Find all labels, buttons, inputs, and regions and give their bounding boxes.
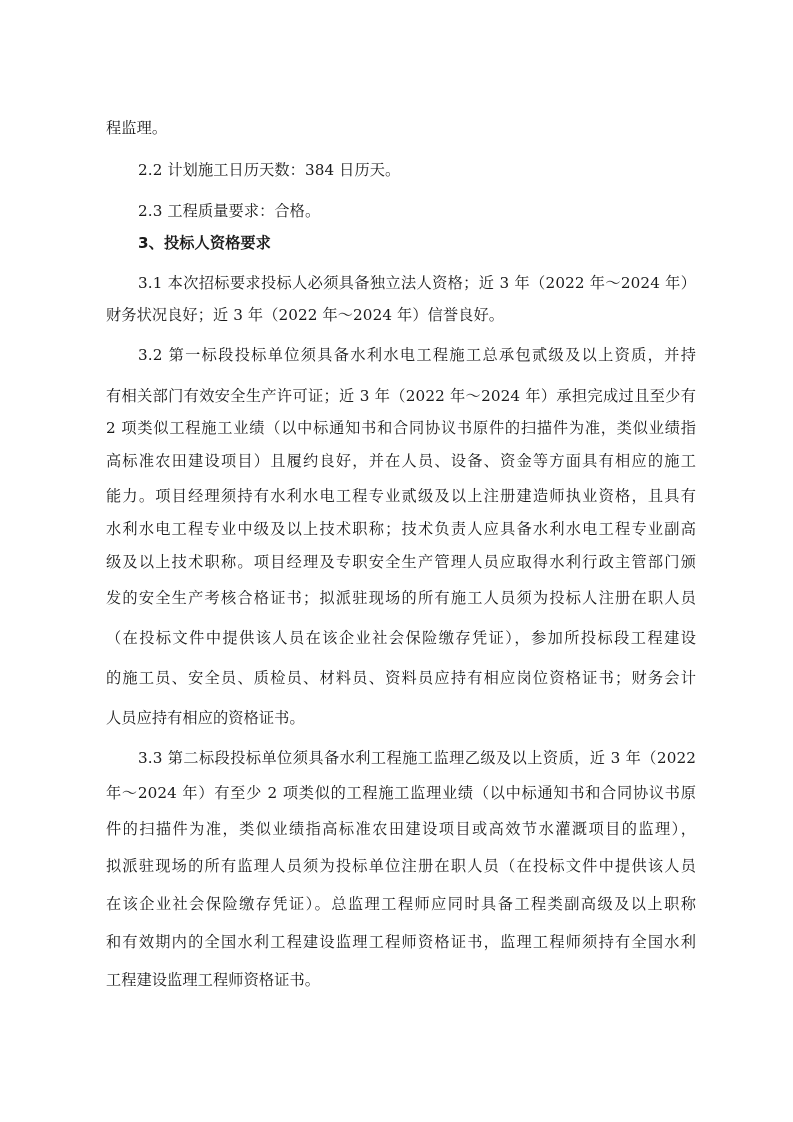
text-line: （在投标文件中提供该人员在该企业社会保险缴存凭证），参加所投标段工程建设 [106, 628, 696, 648]
text-line: 年～2024 年）有至少 2 项类似的工程施工监理业绩（以中标通知书和合同协议书… [106, 783, 696, 803]
text-line: 件的扫描件为准，类似业绩指高标准农田建设项目或高效节水灌溉项目的监理）， [106, 819, 696, 839]
text-line: 在该企业社会保险缴存凭证）。总监理工程师应同时具备工程类副高级及以上职称 [106, 894, 696, 914]
text-line: 人员应持有相应的资格证书。 [106, 708, 696, 728]
text-line: 2 项类似工程施工业绩（以中标通知书和合同协议书原件的扫描件为准，类似业绩指 [106, 418, 696, 438]
text-line: 级及以上技术职称。项目经理及专职安全生产管理人员应取得水利行政主管部门颁 [106, 552, 696, 572]
text-line: 财务状况良好；近 3 年（2022 年～2024 年）信誉良好。 [106, 305, 696, 325]
text-line: 和有效期内的全国水利工程建设监理工程师资格证书，监理工程师须持有全国水利 [106, 932, 696, 952]
text-line: 3.2 第一标段投标单位须具备水利水电工程施工总承包贰级及以上资质，并持 [138, 345, 696, 365]
text-line: 工程建设监理工程师资格证书。 [106, 970, 696, 990]
text-line: 程监理。 [106, 118, 696, 138]
text-line: 2.3 工程质量要求：合格。 [138, 201, 696, 221]
text-line: 水利水电工程专业中级及以上技术职称；技术负责人应具备水利水电工程专业副高 [106, 519, 696, 539]
section-heading: 3、投标人资格要求 [138, 233, 696, 253]
text-line: 发的安全生产考核合格证书；拟派驻现场的所有施工人员须为投标人注册在职人员 [106, 588, 696, 608]
text-line: 拟派驻现场的所有监理人员须为投标单位注册在职人员（在投标文件中提供该人员 [106, 856, 696, 876]
text-line: 高标准农田建设项目）且履约良好，并在人员、设备、资金等方面具有相应的施工 [106, 451, 696, 471]
text-line: 有相关部门有效安全生产许可证；近 3 年（2022 年～2024 年）承担完成过… [106, 386, 696, 406]
text-line: 2.2 计划施工日历天数：384 日历天。 [138, 160, 696, 180]
text-line: 的施工员、安全员、质检员、材料员、资料员应持有相应岗位资格证书；财务会计 [106, 668, 696, 688]
text-line: 3.1 本次招标要求投标人必须具备独立法人资格；近 3 年（2022 年～202… [138, 273, 696, 293]
document-page: 程监理。2.2 计划施工日历天数：384 日历天。2.3 工程质量要求：合格。3… [0, 0, 793, 1122]
text-line: 能力。项目经理须持有水利水电工程专业贰级及以上注册建造师执业资格，且具有 [106, 486, 696, 506]
text-line: 3.3 第二标段投标单位须具备水利工程施工监理乙级及以上资质，近 3 年（202… [138, 748, 696, 768]
